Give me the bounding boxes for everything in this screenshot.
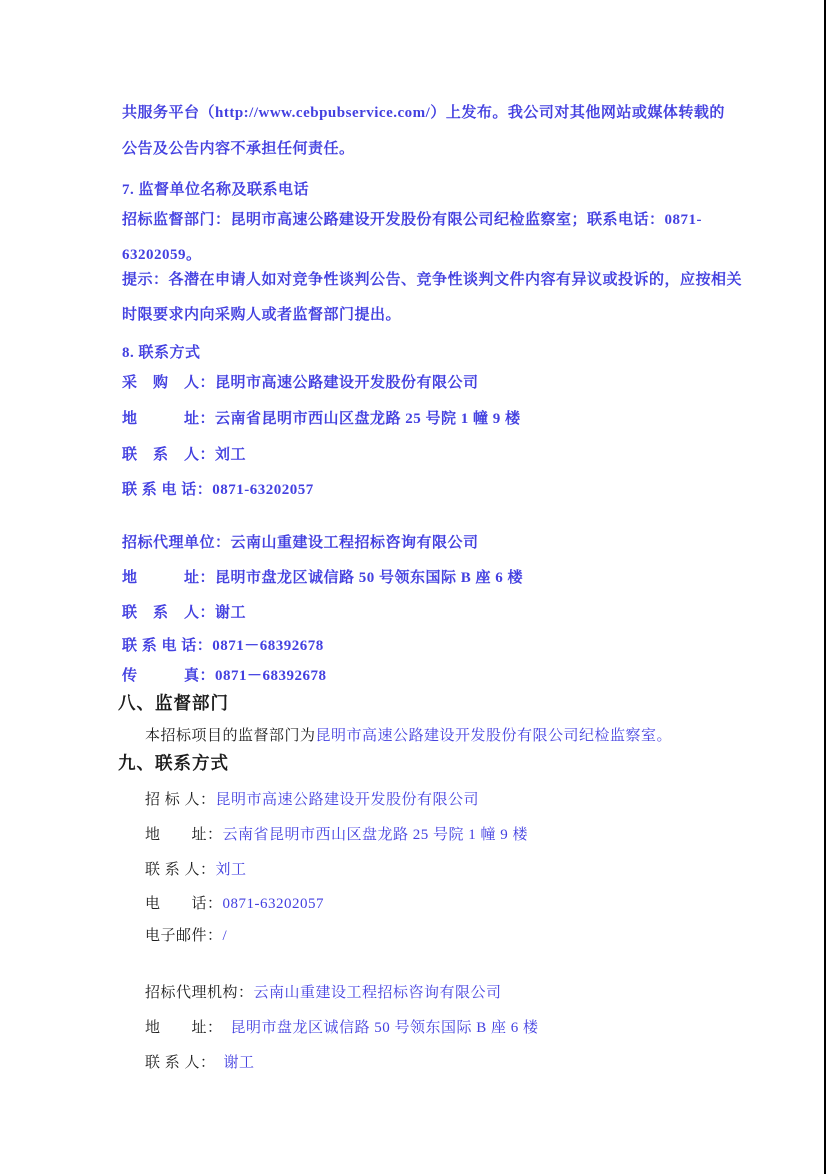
text-segment: 7. 监督单位名称及联系电话 (122, 182, 309, 198)
paragraph-line: 公告及公告内容不承担任何责任。 (122, 139, 355, 159)
agency-line: 招标代理单位：云南山重建设工程招标咨询有限公司 (122, 533, 479, 553)
contact-line: 地 址：云南省昆明市西山区盘龙路 25 号院 1 幢 9 楼 (145, 825, 528, 845)
text-segment: 刘工 (216, 862, 247, 878)
agency-line: 联 系 人： 谢工 (145, 1053, 255, 1073)
paragraph-line: 招标监督部门：昆明市高速公路建设开发股份有限公司纪检监察室；联系电话：0871- (122, 210, 702, 230)
text-segment: 云南省昆明市西山区盘龙路 25 号院 1 幢 9 楼 (223, 827, 529, 843)
text-segment: 地 址：云南省昆明市西山区盘龙路 25 号院 1 幢 9 楼 (122, 411, 521, 427)
text-segment: 云南山重建设工程招标咨询有限公司 (254, 985, 502, 1001)
agency-line: 联 系 电 话：0871－68392678 (122, 636, 324, 656)
text-segment: 提示：各潜在申请人如对竞争性谈判公告、竞争性谈判文件内容有异议或投诉的，应按相关 (122, 272, 742, 288)
agency-line: 联 系 人：谢工 (122, 603, 246, 623)
text-segment: 联 系 人：谢工 (122, 605, 246, 621)
contact-line: 联 系 人：刘工 (145, 860, 247, 880)
contact-line: 采 购 人：昆明市高速公路建设开发股份有限公司 (122, 373, 479, 393)
agency-line: 传 真：0871－68392678 (122, 666, 327, 686)
text-segment: 时限要求内向采购人或者监督部门提出。 (122, 307, 401, 323)
text-segment: 联 系 人： (145, 862, 216, 878)
scan-edge-line (824, 0, 826, 1174)
text-segment: 传 真：0871－68392678 (122, 668, 327, 684)
text-segment: 公告及公告内容不承担任何责任。 (122, 141, 355, 157)
notice-line: 提示：各潜在申请人如对竞争性谈判公告、竞争性谈判文件内容有异议或投诉的，应按相关 (122, 270, 742, 290)
text-segment: 谢工 (224, 1055, 255, 1071)
paragraph-line: 共服务平台（http://www.cebpubservice.com/）上发布。… (122, 103, 725, 123)
text-segment: 联 系 电 话：0871－68392678 (122, 638, 324, 654)
agency-line: 地 址：昆明市盘龙区诚信路 50 号领东国际 B 座 6 楼 (122, 568, 523, 588)
contact-line: 电子邮件：/ (145, 926, 227, 946)
text-segment: 昆明市高速公路建设开发股份有限公司纪检监察室。 (316, 728, 673, 744)
text-segment: 本招标项目的监督部门为 (145, 728, 316, 744)
text-segment: 8. 联系方式 (122, 345, 201, 361)
text-segment: 采 购 人：昆明市高速公路建设开发股份有限公司 (122, 375, 479, 391)
notice-line: 时限要求内向采购人或者监督部门提出。 (122, 305, 401, 325)
document-page: 共服务平台（http://www.cebpubservice.com/）上发布。… (0, 0, 831, 1174)
text-segment: 电 话： (145, 896, 223, 912)
text-segment: 昆明市高速公路建设开发股份有限公司 (216, 792, 480, 808)
agency-line: 地 址： 昆明市盘龙区诚信路 50 号领东国际 B 座 6 楼 (145, 1018, 539, 1038)
text-segment: 联 系 人：刘工 (122, 447, 246, 463)
contact-line: 联 系 人：刘工 (122, 445, 246, 465)
text-segment: 地 址：昆明市盘龙区诚信路 50 号领东国际 B 座 6 楼 (122, 570, 523, 586)
contact-line: 招 标 人：昆明市高速公路建设开发股份有限公司 (145, 790, 479, 810)
text-segment: 招标代理机构： (145, 985, 254, 1001)
text-segment: 招标代理单位：云南山重建设工程招标咨询有限公司 (122, 535, 479, 551)
text-segment: 电子邮件： (145, 928, 223, 944)
text-segment: / (223, 928, 228, 944)
section-heading-7: 7. 监督单位名称及联系电话 (122, 180, 309, 200)
text-segment: 昆明市盘龙区诚信路 50 号领东国际 B 座 6 楼 (231, 1020, 539, 1036)
text-segment: 招标监督部门：昆明市高速公路建设开发股份有限公司纪检监察室；联系电话：0871- (122, 212, 702, 228)
contact-line: 联 系 电 话：0871-63202057 (122, 480, 314, 500)
text-segment: 联 系 电 话：0871-63202057 (122, 482, 314, 498)
contact-line: 电 话：0871-63202057 (145, 894, 324, 914)
section-heading-9cn: 九、联系方式 (118, 753, 229, 773)
text-segment: 63202059。 (122, 247, 202, 263)
text-segment: 地 址： (145, 1020, 231, 1036)
text-segment: 共服务平台（http://www.cebpubservice.com/）上发布。… (122, 105, 725, 121)
text-segment: 招 标 人： (145, 792, 216, 808)
paragraph-line: 63202059。 (122, 245, 202, 265)
text-segment: 联 系 人： (145, 1055, 224, 1071)
section-heading-8cn: 八、监督部门 (118, 693, 229, 713)
text-segment: 九、联系方式 (118, 753, 229, 773)
text-segment: 八、监督部门 (118, 693, 229, 713)
agency-line: 招标代理机构：云南山重建设工程招标咨询有限公司 (145, 983, 502, 1003)
section-heading-8: 8. 联系方式 (122, 343, 201, 363)
supervision-line: 本招标项目的监督部门为昆明市高速公路建设开发股份有限公司纪检监察室。 (145, 726, 672, 746)
text-segment: 0871-63202057 (223, 896, 325, 912)
text-segment: 地 址： (145, 827, 223, 843)
contact-line: 地 址：云南省昆明市西山区盘龙路 25 号院 1 幢 9 楼 (122, 409, 521, 429)
